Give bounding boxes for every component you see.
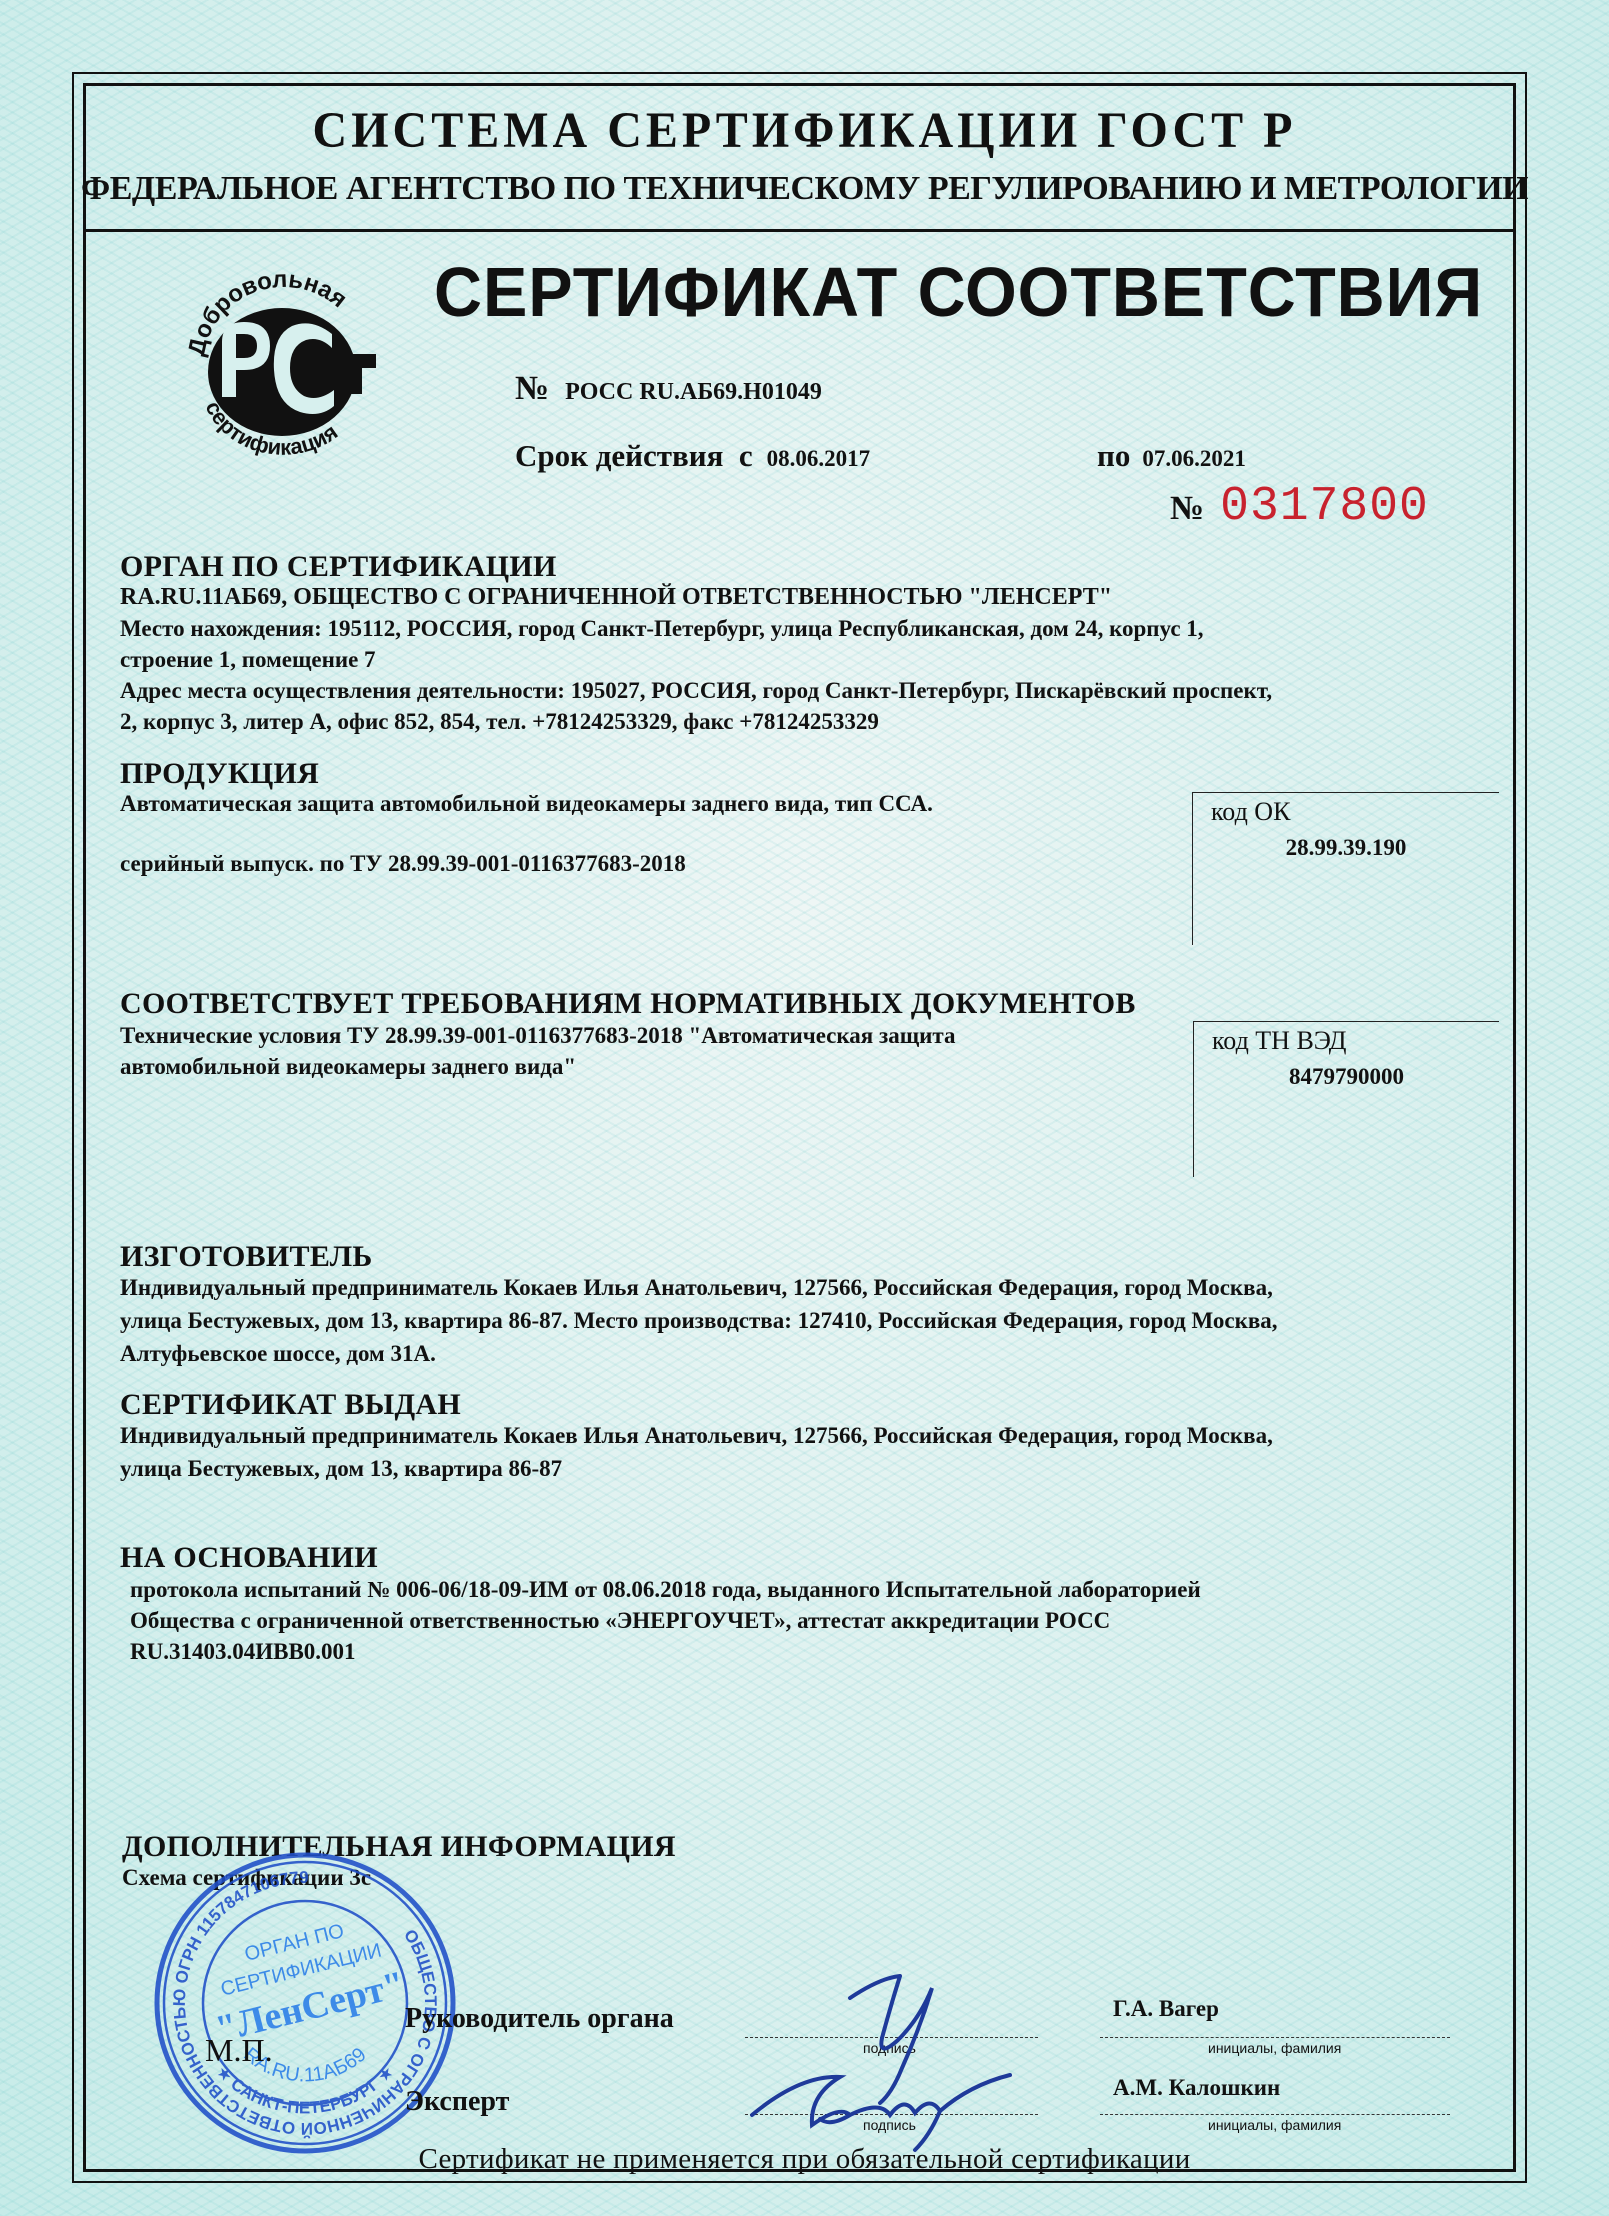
conformity-line: автомобильной видеокамеры заднего вида": [120, 1051, 576, 1082]
expert-name-caption: инициалы, фамилия: [1208, 2117, 1341, 2133]
basis-line: Общества с ограниченной ответственностью…: [130, 1605, 1110, 1636]
seal-place-label: М.П.: [205, 2032, 273, 2069]
certificate-number: РОСС RU.АБ69.Н01049: [565, 379, 822, 405]
expert-label: Эксперт: [405, 2086, 509, 2118]
basis-line: протокола испытаний № 006-06/18-09-ИМ от…: [130, 1574, 1201, 1605]
issued-to-heading: СЕРТИФИКАТ ВЫДАН: [120, 1388, 461, 1422]
cert-body-heading: ОРГАН ПО СЕРТИФИКАЦИИ: [120, 550, 557, 584]
product-description: Автоматическая защита автомобильной виде…: [120, 788, 933, 819]
product-heading: ПРОДУКЦИЯ: [120, 757, 319, 791]
validity-from-row: Срок действия с08.06.2017: [515, 438, 870, 474]
tnved-code-value: 8479790000: [1194, 1064, 1499, 1090]
certificate-title: СЕРТИФИКАТ СООТВЕТСТВИЯ: [434, 252, 1483, 332]
validity-to-row: по07.06.2021: [1097, 438, 1246, 474]
cert-body-line: строение 1, помещение 7: [120, 644, 376, 675]
expert-name-line: [1100, 2114, 1450, 2115]
head-name-caption: инициалы, фамилия: [1208, 2040, 1341, 2056]
head-name-line: [1100, 2037, 1450, 2038]
basis-line: RU.31403.04ИВВ0.001: [130, 1636, 356, 1667]
cert-body-line: 2, корпус 3, литер А, офис 852, 854, тел…: [120, 706, 879, 737]
validity-label: Срок действия с: [515, 438, 753, 473]
system-title: СИСТЕМА СЕРТИФИКАЦИИ ГОСТ Р: [0, 102, 1609, 160]
manufacturer-line: улица Бестужевых, дом 13, квартира 86-87…: [120, 1305, 1278, 1336]
tnved-code-box: код ТН ВЭД 8479790000: [1193, 1021, 1499, 1177]
gost-r-logo-icon: Добровольная сертификация: [182, 262, 382, 472]
head-of-body-label: Руководитель органа: [405, 2003, 674, 2035]
valid-to-label: по: [1097, 438, 1130, 473]
cert-body-line: Место нахождения: 195112, РОССИЯ, город …: [120, 613, 1204, 644]
blank-serial-number: 0317800: [1220, 480, 1429, 534]
expert-name: А.М. Калошкин: [1113, 2075, 1280, 2101]
number-sign: №: [515, 370, 549, 407]
head-name: Г.А. Вагер: [1113, 1996, 1219, 2022]
manufacturer-line: Индивидуальный предприниматель Кокаев Ил…: [120, 1272, 1273, 1303]
ok-code-box: код ОК 28.99.39.190: [1192, 792, 1499, 945]
conformity-heading: СООТВЕТСТВУЕТ ТРЕБОВАНИЯМ НОРМАТИВНЫХ ДО…: [120, 987, 1136, 1021]
manufacturer-line: Алтуфьевское шоссе, дом 31А.: [120, 1338, 436, 1369]
agency-name: ФЕДЕРАЛЬНОЕ АГЕНТСТВО ПО ТЕХНИЧЕСКОМУ РЕ…: [0, 170, 1609, 208]
footer-note: Сертификат не применяется при обязательн…: [0, 2143, 1609, 2176]
cert-body-line: RA.RU.11АБ69, ОБЩЕСТВО С ОГРАНИЧЕННОЙ ОТ…: [120, 582, 1112, 613]
valid-from-date: 08.06.2017: [767, 446, 871, 471]
issued-to-line: улица Бестужевых, дом 13, квартира 86-87: [120, 1453, 562, 1484]
header-divider: [83, 229, 1516, 232]
serial-sign: №: [1170, 490, 1204, 527]
blank-serial-row: №0317800: [1170, 480, 1429, 534]
issued-to-line: Индивидуальный предприниматель Кокаев Ил…: [120, 1420, 1273, 1451]
product-serial-release: серийный выпуск. по ТУ 28.99.39-001-0116…: [120, 848, 686, 879]
basis-heading: НА ОСНОВАНИИ: [120, 1541, 378, 1575]
ok-code-value: 28.99.39.190: [1193, 835, 1499, 861]
tnved-code-label: код ТН ВЭД: [1212, 1026, 1347, 1056]
valid-to-date: 07.06.2021: [1142, 446, 1246, 471]
manufacturer-heading: ИЗГОТОВИТЕЛЬ: [120, 1240, 373, 1274]
certificate-number-row: №РОСС RU.АБ69.Н01049: [515, 370, 822, 408]
expert-signature-icon: [740, 2055, 1020, 2155]
cert-body-line: Адрес места осуществления деятельности: …: [120, 675, 1272, 706]
ok-code-label: код ОК: [1211, 797, 1290, 827]
conformity-line: Технические условия ТУ 28.99.39-001-0116…: [120, 1020, 955, 1051]
